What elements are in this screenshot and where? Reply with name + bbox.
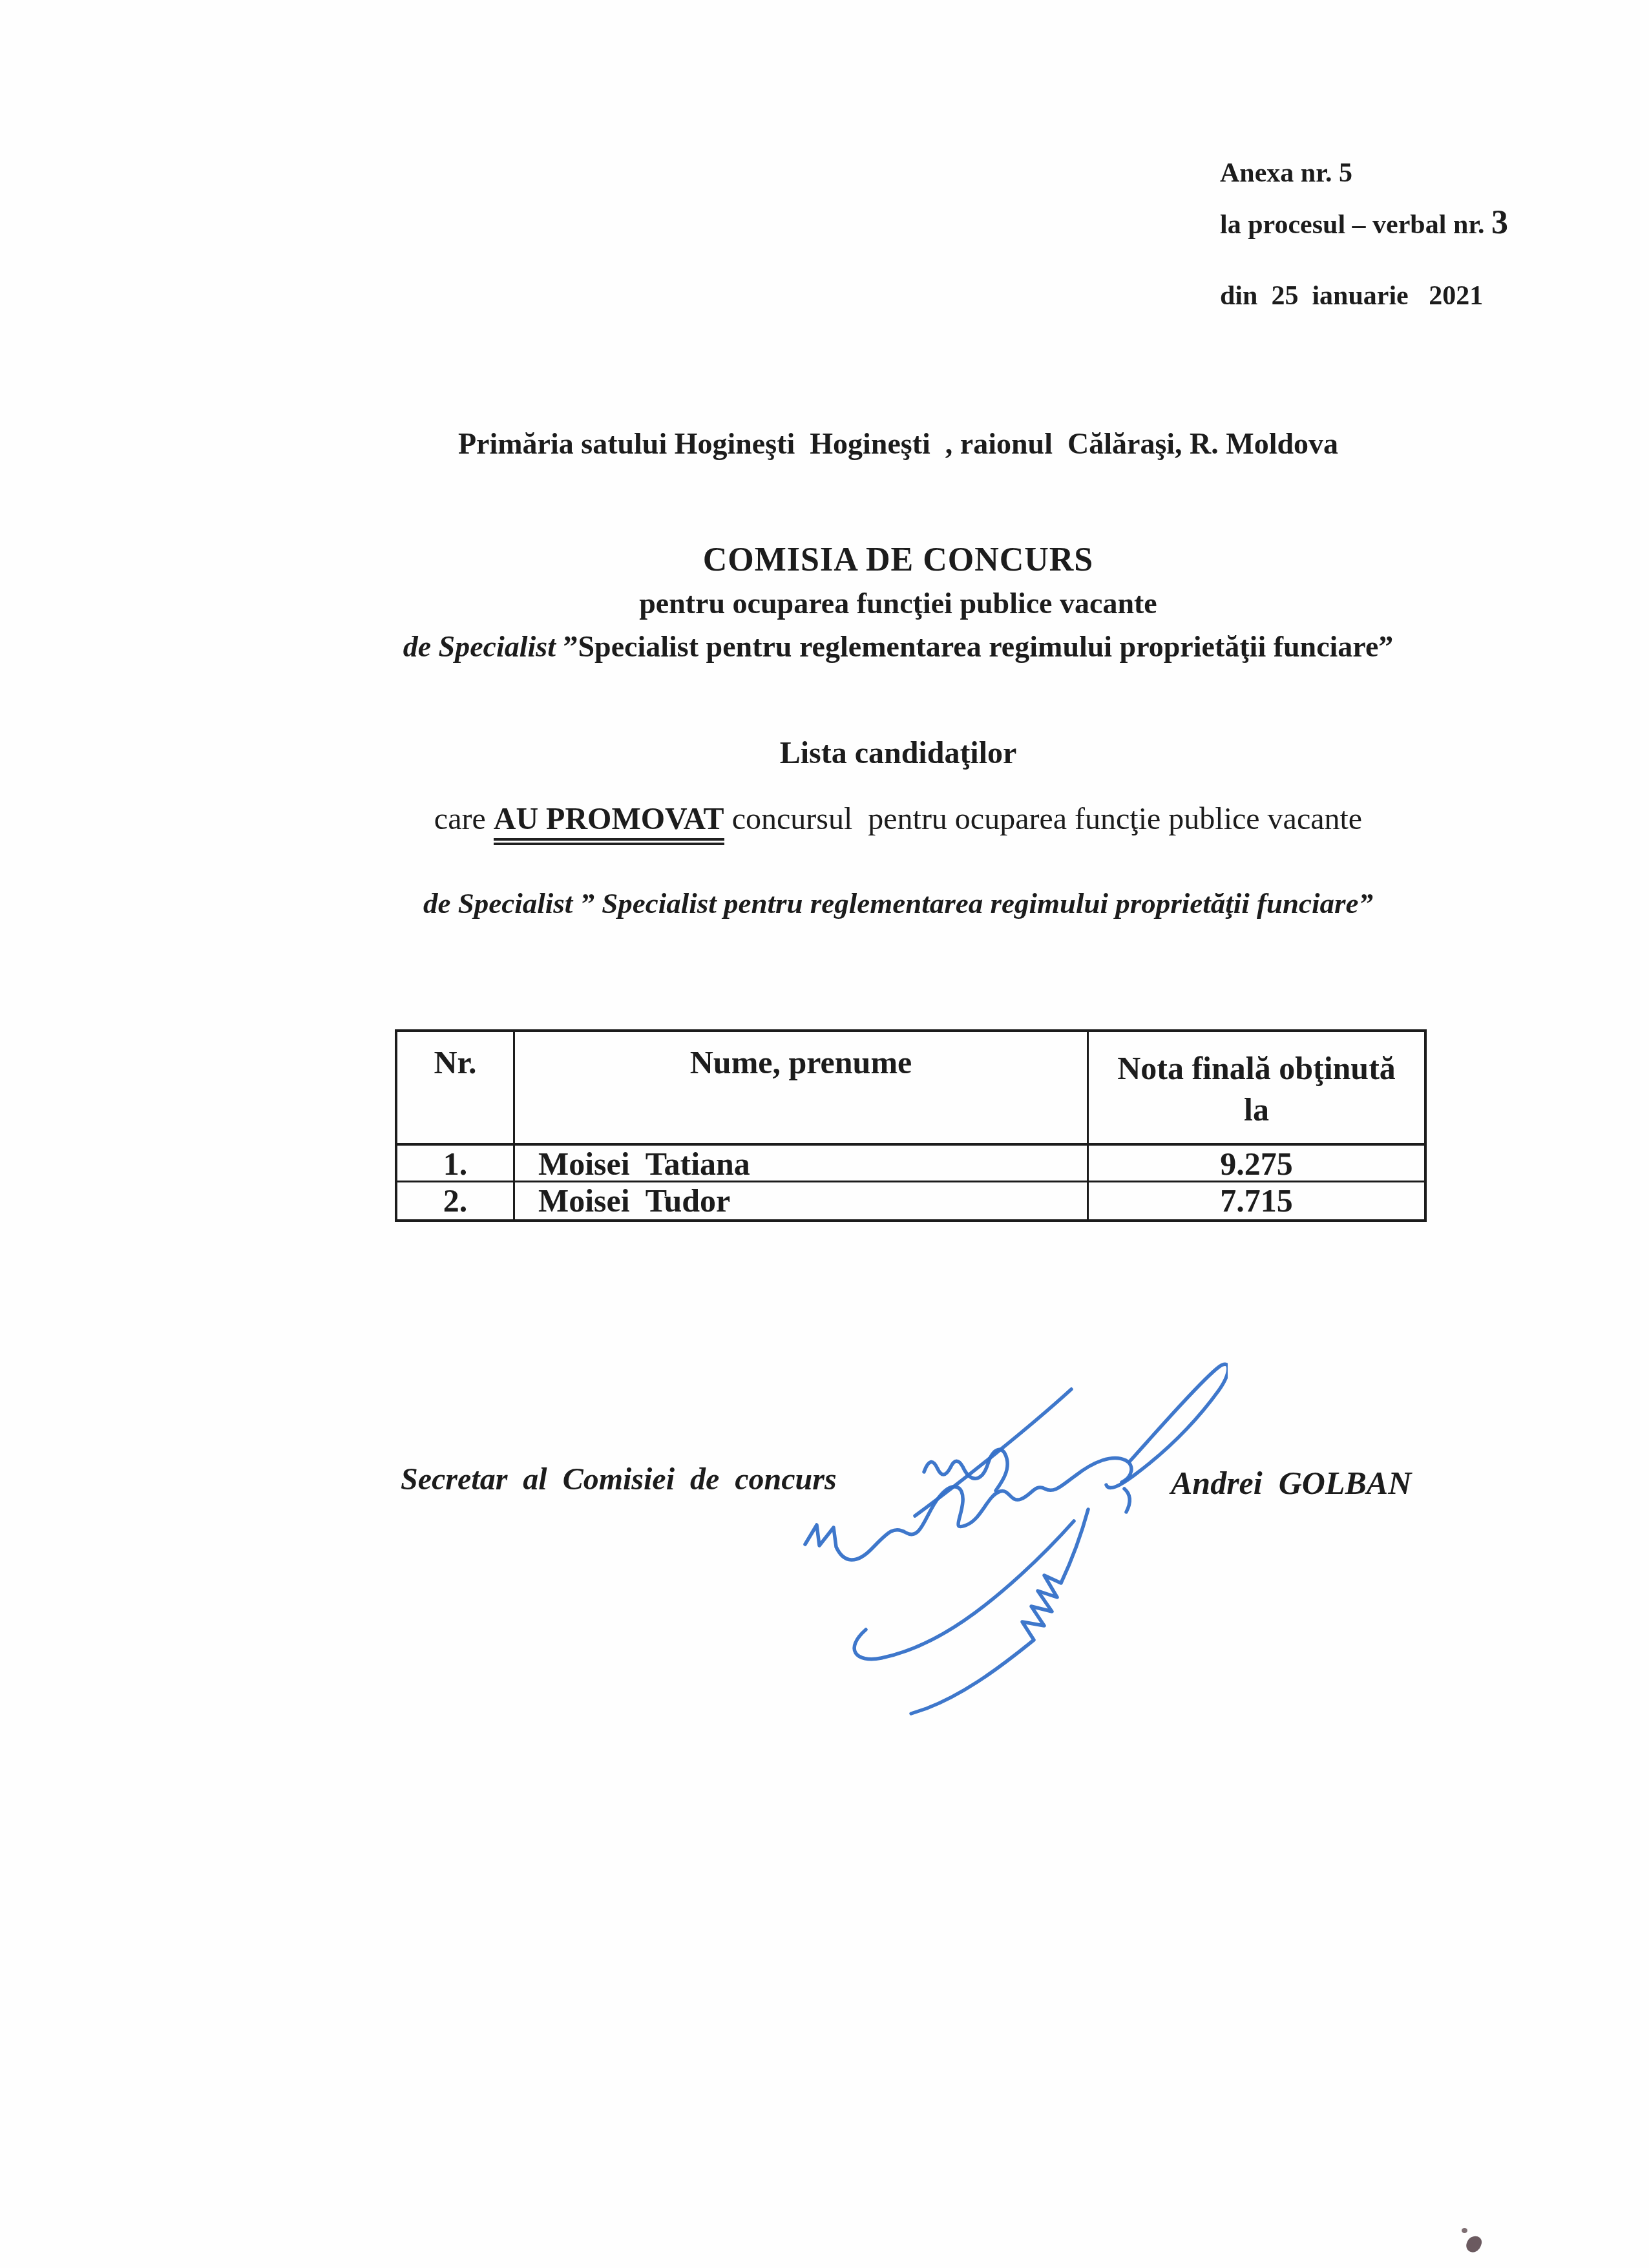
passed-prefix: care bbox=[434, 802, 494, 836]
table-row: 2. Moisei Tudor 7.715 bbox=[397, 1182, 1424, 1219]
table-row: 1. Moisei Tatiana 9.275 bbox=[397, 1146, 1424, 1182]
table-header-row: Nr. Nume, prenume Nota finală obţinută l… bbox=[397, 1032, 1424, 1146]
commission-position-line: de Specialist ”Specialist pentru regleme… bbox=[147, 625, 1649, 668]
protocol-line-text: la procesul – verbal nr. bbox=[1220, 210, 1491, 240]
candidates-list-heading: Lista candidaţilor bbox=[147, 735, 1649, 771]
row-cell-score: 7.715 bbox=[1089, 1182, 1424, 1219]
ink-speck bbox=[1462, 2228, 1484, 2254]
passed-statement-line: care AU PROMOVAT concursul pentru ocupar… bbox=[147, 801, 1649, 837]
ink-speck-dot bbox=[1462, 2228, 1467, 2233]
protocol-line: la procesul – verbal nr. 3 bbox=[1220, 199, 1508, 251]
protocol-date-line: din 25 ianuarie 2021 bbox=[1220, 270, 1508, 322]
header-cell-score: Nota finală obţinută la concurs bbox=[1089, 1032, 1424, 1143]
score-header-line-1: Nota finală obţinută bbox=[1089, 1047, 1424, 1089]
signature-descender-teeth bbox=[911, 1509, 1088, 1714]
commission-title: COMISIA DE CONCURS bbox=[147, 538, 1649, 582]
row-cell-nr: 2. bbox=[397, 1182, 515, 1219]
position-prefix: de Specialist bbox=[403, 630, 563, 663]
row-cell-name: Moisei Tatiana bbox=[515, 1146, 1089, 1181]
annex-reference-block: Anexa nr. 5 la procesul – verbal nr. 3 d… bbox=[1220, 147, 1508, 322]
handwritten-signature-ink bbox=[711, 1330, 1228, 1717]
annex-number-line: Anexa nr. 5 bbox=[1220, 147, 1508, 199]
score-header-line-2: la bbox=[1089, 1089, 1424, 1130]
commission-subtitle: pentru ocuparea funcţiei publice vacante bbox=[147, 582, 1649, 625]
passed-suffix: concursul pentru ocuparea funcţie public… bbox=[724, 802, 1363, 836]
row-cell-name: Moisei Tudor bbox=[515, 1182, 1089, 1219]
header-cell-nr: Nr. bbox=[397, 1032, 515, 1143]
institution-line: Primăria satului Hogineşti Hogineşti , r… bbox=[147, 426, 1649, 461]
row-cell-nr: 1. bbox=[397, 1146, 515, 1181]
position-title: ”Specialist pentru reglementarea regimul… bbox=[563, 630, 1393, 663]
header-cell-name: Nume, prenume bbox=[515, 1032, 1089, 1143]
scanned-document-page: Anexa nr. 5 la procesul – verbal nr. 3 d… bbox=[0, 0, 1649, 2268]
secretary-name: Andrei GOLBAN bbox=[1171, 1464, 1411, 1502]
row-cell-score: 9.275 bbox=[1089, 1146, 1424, 1181]
signature-strokes bbox=[805, 1364, 1228, 1714]
commission-heading: COMISIA DE CONCURS pentru ocuparea funcţ… bbox=[147, 538, 1649, 668]
position-line-italic: de Specialist ” Specialist pentru reglem… bbox=[147, 887, 1649, 920]
signature-comma-tick bbox=[1124, 1489, 1129, 1512]
ink-speck-blob bbox=[1464, 2234, 1484, 2254]
protocol-number: 3 bbox=[1491, 204, 1508, 241]
score-header-line-3: concurs bbox=[1089, 1130, 1424, 1143]
passed-emphasis: AU PROMOVAT bbox=[494, 802, 724, 845]
results-table: Nr. Nume, prenume Nota finală obţinută l… bbox=[395, 1029, 1427, 1222]
